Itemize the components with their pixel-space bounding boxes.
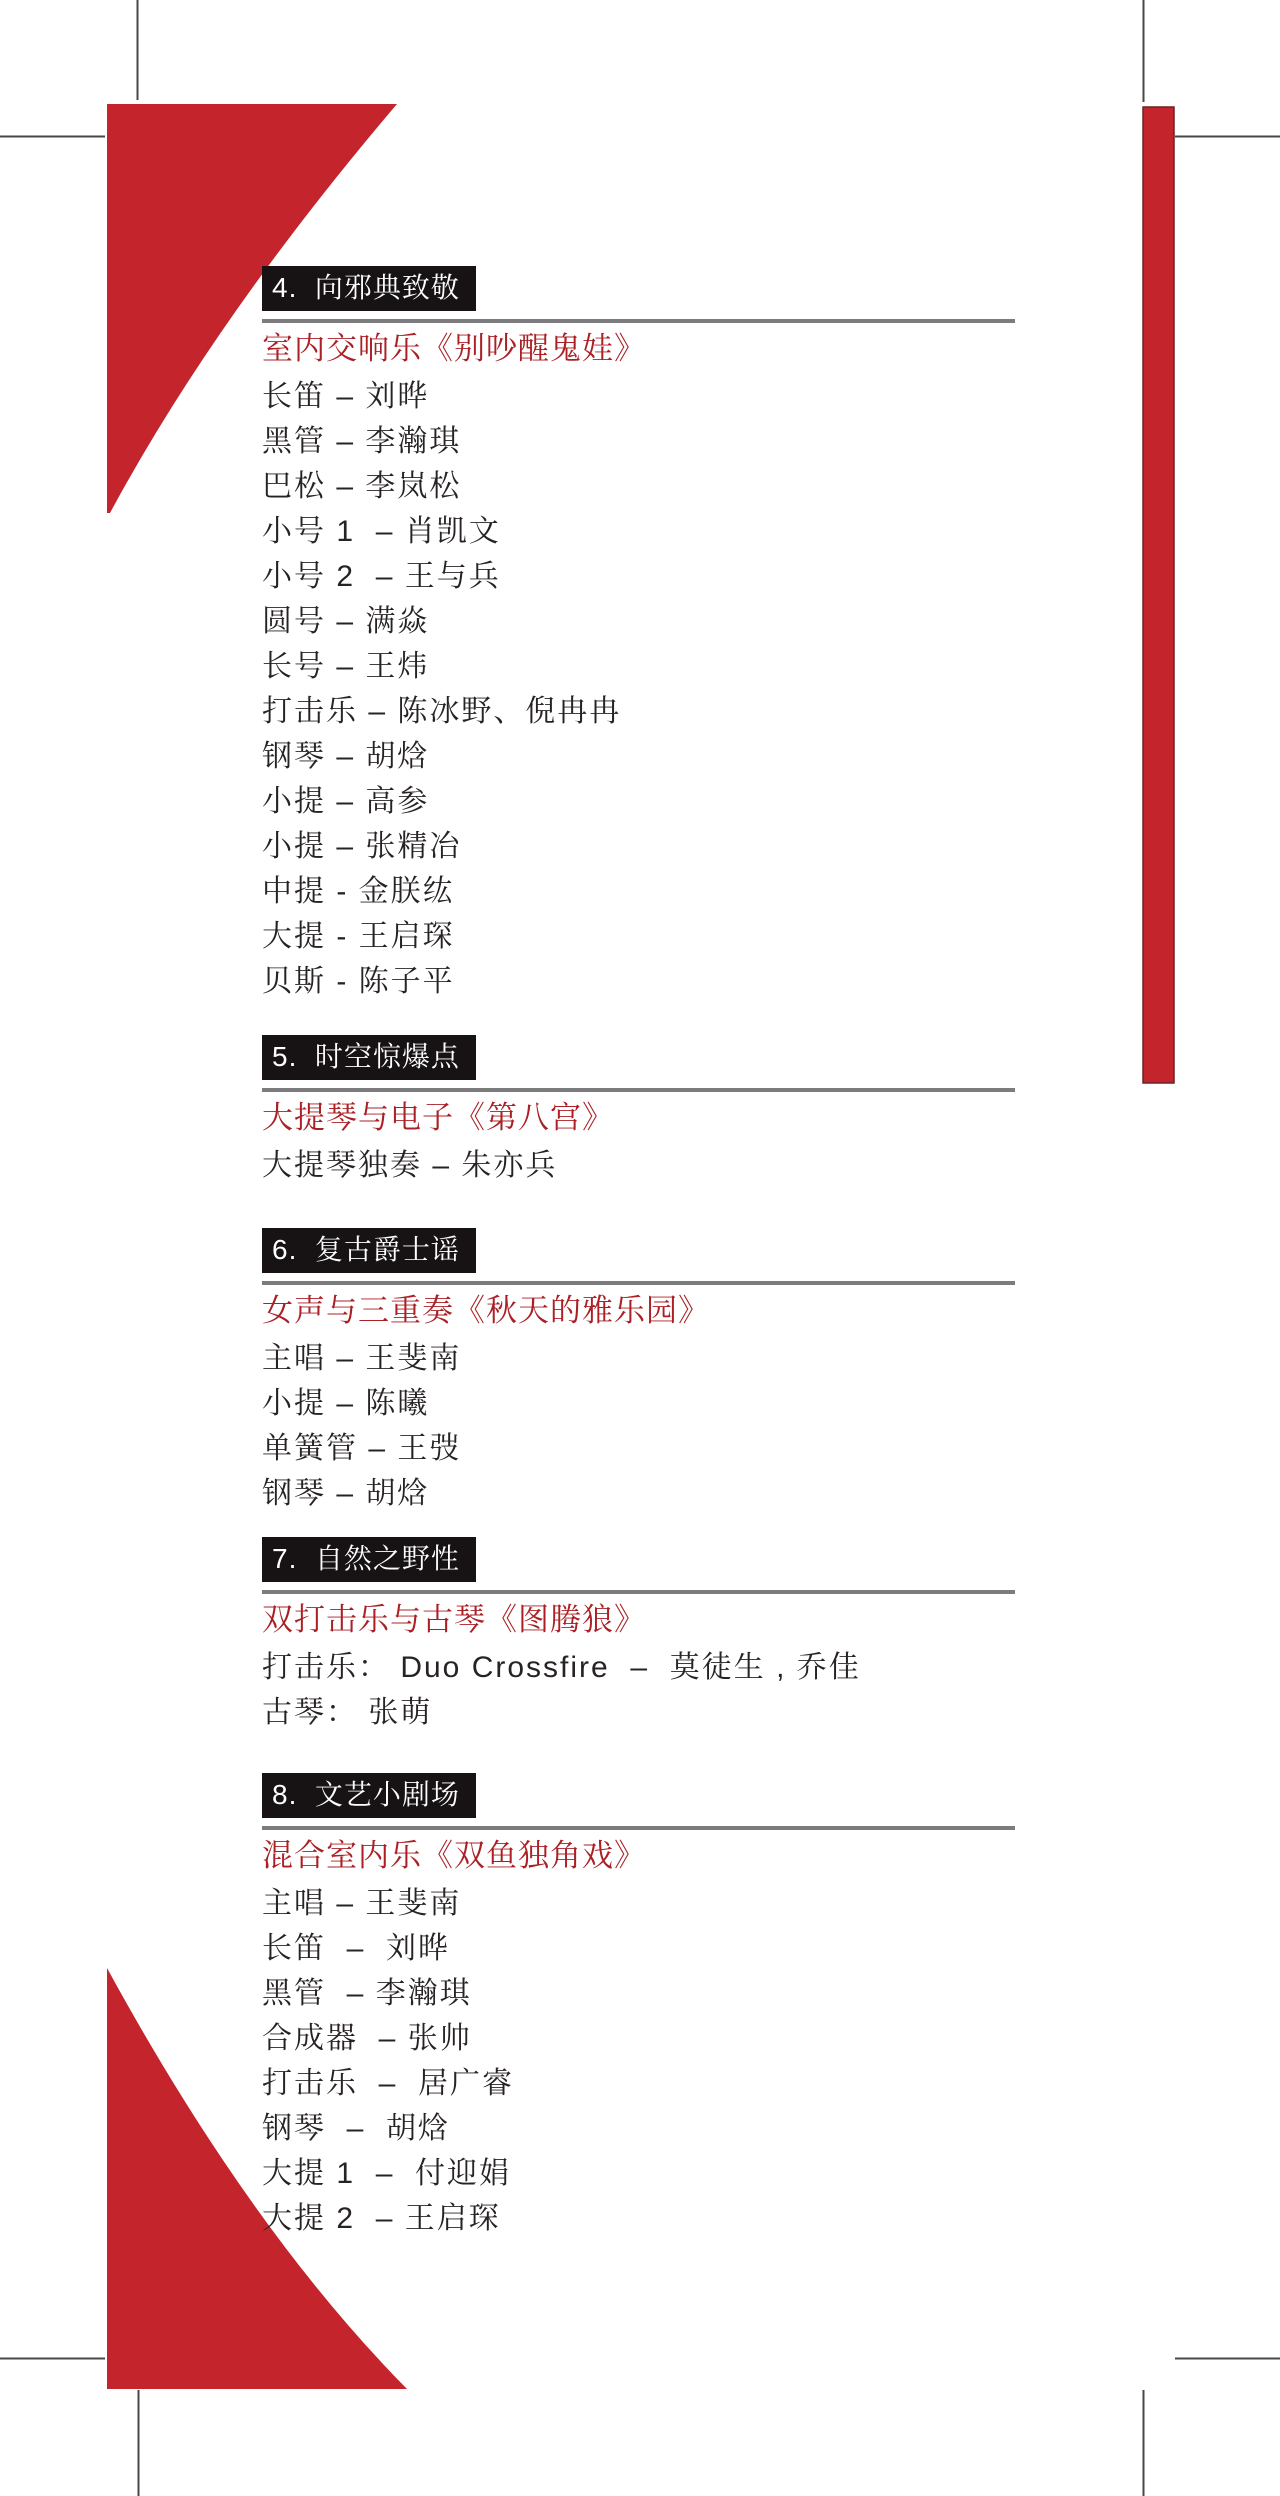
section-title: 大提琴与电子《第八宫》 — [262, 1099, 1032, 1137]
section-title: 混合室内乐《双鱼独角戏》 — [262, 1837, 1032, 1875]
performer-line: 贝斯 - 陈子平 — [262, 959, 1032, 1004]
section-badge: 7. 自然之野性 — [262, 1537, 476, 1582]
performer-line: 大提琴独奏 – 朱亦兵 — [262, 1143, 1032, 1188]
program-section: 6. 复古爵士谣 女声与三重奏《秋天的雅乐园》 主唱 – 王斐南小提 – 陈曦单… — [262, 1228, 1032, 1516]
performer-line: 合成器 – 张帅 — [262, 2016, 1032, 2061]
performer-line: 打击乐 – 陈冰野、倪冉冉 — [262, 689, 1032, 734]
performer-line: 主唱 – 王斐南 — [262, 1336, 1032, 1381]
program-sections: 4. 向邪典致敬 室内交响乐《别吵醒鬼娃》 长笛 – 刘晔黑管 – 李瀚琪巴松 … — [0, 0, 1280, 2496]
performer-line: 主唱 – 王斐南 — [262, 1881, 1032, 1926]
performer-line: 钢琴 – 胡焓 — [262, 2106, 1032, 2151]
performer-line: 长笛 – 刘晔 — [262, 374, 1032, 419]
section-rule — [262, 1826, 1015, 1830]
performer-line: 长笛 – 刘晔 — [262, 1926, 1032, 1971]
performer-line: 长号 – 王炜 — [262, 644, 1032, 689]
section-title: 双打击乐与古琴《图腾狼》 — [262, 1601, 1032, 1639]
performer-list: 大提琴独奏 – 朱亦兵 — [262, 1143, 1032, 1188]
performer-line: 小号 2 – 王与兵 — [262, 554, 1032, 599]
program-section: 7. 自然之野性 双打击乐与古琴《图腾狼》 打击乐： Duo Crossfire… — [262, 1537, 1032, 1735]
section-rule — [262, 319, 1015, 323]
section-rule — [262, 1590, 1015, 1594]
program-section: 4. 向邪典致敬 室内交响乐《别吵醒鬼娃》 长笛 – 刘晔黑管 – 李瀚琪巴松 … — [262, 266, 1032, 1004]
performer-line: 圆号 – 满焱 — [262, 599, 1032, 644]
performer-line: 小号 1 – 肖凯文 — [262, 509, 1032, 554]
performer-line: 钢琴 – 胡焓 — [262, 734, 1032, 779]
section-badge-label: 5. 时空惊爆点 — [272, 1041, 460, 1072]
performer-line: 黑管 – 李瀚琪 — [262, 1971, 1032, 2016]
performer-list: 长笛 – 刘晔黑管 – 李瀚琪巴松 – 李岚松小号 1 – 肖凯文小号 2 – … — [262, 374, 1032, 1004]
performer-line: 单簧管 – 王弢 — [262, 1426, 1032, 1471]
performer-line: 打击乐 – 居广睿 — [262, 2061, 1032, 2106]
performer-line: 大提 2 – 王启琛 — [262, 2196, 1032, 2241]
performer-line: 古琴： 张萌 — [262, 1690, 1032, 1735]
section-title: 女声与三重奏《秋天的雅乐园》 — [262, 1292, 1032, 1330]
section-badge-label: 6. 复古爵士谣 — [272, 1234, 460, 1265]
section-rule — [262, 1088, 1015, 1092]
section-badge-label: 8. 文艺小剧场 — [272, 1779, 460, 1810]
performer-line: 大提 - 王启琛 — [262, 914, 1032, 959]
performer-list: 主唱 – 王斐南小提 – 陈曦单簧管 – 王弢钢琴 – 胡焓 — [262, 1336, 1032, 1516]
performer-line: 黑管 – 李瀚琪 — [262, 419, 1032, 464]
section-badge-label: 4. 向邪典致敬 — [272, 272, 460, 303]
section-rule — [262, 1281, 1015, 1285]
section-badge: 5. 时空惊爆点 — [262, 1035, 476, 1080]
program-section: 8. 文艺小剧场 混合室内乐《双鱼独角戏》 主唱 – 王斐南长笛 – 刘晔黑管 … — [262, 1773, 1032, 2241]
program-page: 4. 向邪典致敬 室内交响乐《别吵醒鬼娃》 长笛 – 刘晔黑管 – 李瀚琪巴松 … — [0, 0, 1280, 2496]
performer-line: 小提 – 张精冶 — [262, 824, 1032, 869]
section-badge: 4. 向邪典致敬 — [262, 266, 476, 311]
performer-line: 钢琴 – 胡焓 — [262, 1471, 1032, 1516]
performer-list: 打击乐： Duo Crossfire – 莫徒生 , 乔佳古琴： 张萌 — [262, 1645, 1032, 1735]
section-badge-label: 7. 自然之野性 — [272, 1543, 460, 1574]
program-section: 5. 时空惊爆点 大提琴与电子《第八宫》 大提琴独奏 – 朱亦兵 — [262, 1035, 1032, 1188]
performer-line: 中提 - 金朕纮 — [262, 869, 1032, 914]
performer-line: 巴松 – 李岚松 — [262, 464, 1032, 509]
performer-list: 主唱 – 王斐南长笛 – 刘晔黑管 – 李瀚琪合成器 – 张帅打击乐 – 居广睿… — [262, 1881, 1032, 2241]
section-badge: 8. 文艺小剧场 — [262, 1773, 476, 1818]
performer-line: 小提 – 陈曦 — [262, 1381, 1032, 1426]
performer-line: 打击乐： Duo Crossfire – 莫徒生 , 乔佳 — [262, 1645, 1032, 1690]
section-title: 室内交响乐《别吵醒鬼娃》 — [262, 330, 1032, 368]
performer-line: 大提 1 – 付迎娟 — [262, 2151, 1032, 2196]
performer-line: 小提 – 高参 — [262, 779, 1032, 824]
section-badge: 6. 复古爵士谣 — [262, 1228, 476, 1273]
